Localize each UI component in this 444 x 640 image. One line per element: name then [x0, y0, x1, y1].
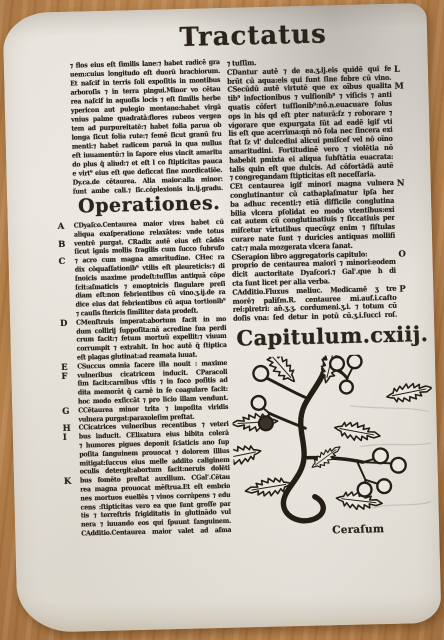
left-column-lower-text: CDyaſco.Centaurea maior vires habet cūal… [74, 218, 232, 538]
margin-letter: C [58, 257, 65, 267]
chapter-heading: Capitulum.cxiij. [236, 321, 413, 350]
operationes-heading: Operationes. [69, 192, 229, 218]
woodcut-caption: Ceraſum [308, 523, 408, 537]
margin-letter: M [394, 81, 404, 91]
margin-letter: F [61, 372, 67, 382]
book-page: Tractatus ⁊ flos eius eſt ſimilis lane:⁊… [2, 3, 441, 633]
margin-letter: L [394, 65, 400, 75]
margin-letter: I [63, 433, 67, 443]
margin-letter: N [397, 179, 405, 189]
margin-letter: D [60, 319, 68, 329]
margin-letter: O [398, 249, 406, 259]
margin-letter: B [58, 240, 65, 250]
right-column-text: ⁊ tuſſim.CDantur autē ⁊ de ea.ʒ.ij.eis q… [227, 56, 397, 324]
left-column-upper-text: ⁊ flos eius eſt ſimilis lane:⁊ habet rad… [70, 58, 223, 197]
photo-background: Tractatus ⁊ flos eius eſt ſimilis lane:⁊… [0, 0, 444, 640]
margin-letter: G [62, 407, 70, 417]
margin-letter: K [64, 477, 72, 487]
margin-letter: A [58, 222, 65, 232]
margin-letter: P [399, 285, 406, 295]
cherry-branch-woodcut [231, 353, 435, 530]
running-title: Tractatus [133, 18, 374, 54]
